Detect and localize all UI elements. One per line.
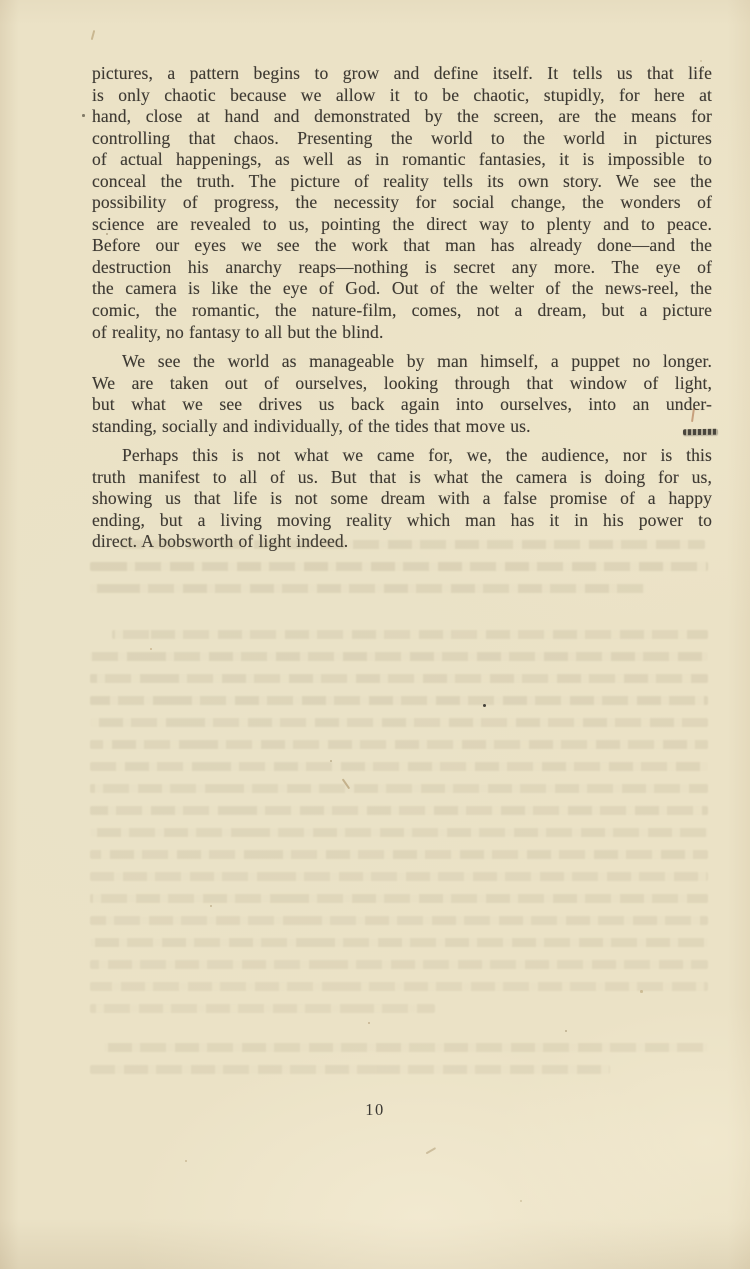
paragraph: pictures, a pattern begins to grow and d… (92, 63, 712, 343)
paper-speck (330, 760, 332, 762)
show-through-line (90, 828, 708, 837)
show-through-line (90, 938, 708, 947)
text-line: controlling that chaos. Presenting the w… (92, 128, 712, 150)
text-line: pictures, a pattern begins to grow and d… (92, 63, 712, 85)
paper-speck (368, 1022, 370, 1024)
text-line: hand, close at hand and demonstrated by … (92, 106, 712, 128)
text-line: science are revealed to us, pointing the… (92, 214, 712, 236)
show-through-line (90, 850, 708, 859)
show-through-line (90, 718, 708, 727)
paper-speck (640, 990, 643, 993)
text-line: destruction his anarchy reaps—nothing is… (92, 257, 712, 279)
show-through-line (90, 762, 708, 771)
text-line: We see the world as manageable by man hi… (92, 351, 712, 373)
paper-speck (82, 114, 85, 117)
show-through-line (90, 562, 708, 571)
show-through-line (90, 982, 708, 991)
text-line: Perhaps this is not what we came for, we… (92, 445, 712, 467)
show-through-line (120, 540, 705, 549)
paper-speck (565, 1030, 567, 1032)
text-line: standing, socially and individually, of … (92, 416, 712, 438)
paper-speck (483, 704, 486, 707)
paragraph: Perhaps this is not what we came for, we… (92, 445, 712, 553)
show-through-line (90, 674, 708, 683)
show-through-line (90, 696, 708, 705)
show-through-line (112, 630, 708, 639)
text-line: truth manifest to all of us. But that is… (92, 467, 712, 489)
show-through-line (90, 916, 708, 925)
text-line: showing us that life is not some dream w… (92, 488, 712, 510)
show-through-line (90, 784, 708, 793)
show-through-line (90, 1004, 435, 1013)
show-through-line (90, 740, 708, 749)
show-through-line (104, 1043, 708, 1052)
text-line: ending, but a living moving reality whic… (92, 510, 712, 532)
paper-speck (210, 905, 212, 907)
paper-fiber (91, 30, 95, 40)
scanned-book-page: pictures, a pattern begins to grow and d… (0, 0, 750, 1269)
show-through-line (90, 960, 708, 969)
text-line: of reality, no fantasy to all but the bl… (92, 322, 712, 344)
text-line: of actual happenings, as well as in roma… (92, 149, 712, 171)
page-number: 10 (0, 1100, 750, 1120)
paper-speck (700, 60, 702, 62)
show-through-line (90, 806, 708, 815)
text-line: is only chaotic because we allow it to b… (92, 85, 712, 107)
show-through-line (90, 652, 708, 661)
paper-speck (150, 648, 152, 650)
show-through-line (90, 584, 645, 593)
text-line: the camera is like the eye of God. Out o… (92, 278, 712, 300)
text-line: conceal the truth. The picture of realit… (92, 171, 712, 193)
ink-smudge (683, 429, 718, 436)
text-line: possibility of progress, the necessity f… (92, 192, 712, 214)
text-line: but what we see drives us back again int… (92, 394, 712, 416)
show-through-text (90, 538, 712, 1098)
show-through-line (90, 894, 708, 903)
page-text: pictures, a pattern begins to grow and d… (92, 63, 712, 553)
text-line: Before our eyes we see the work that man… (92, 235, 712, 257)
show-through-line (90, 872, 708, 881)
paper-fiber (426, 1147, 436, 1154)
text-line: We are taken out of ourselves, looking t… (92, 373, 712, 395)
paper-speck (185, 1160, 187, 1162)
paper-speck (106, 233, 108, 235)
text-line: comic, the romantic, the nature-film, co… (92, 300, 712, 322)
paper-speck (520, 1200, 522, 1202)
show-through-line (90, 1065, 610, 1074)
paragraph: We see the world as manageable by man hi… (92, 351, 712, 437)
